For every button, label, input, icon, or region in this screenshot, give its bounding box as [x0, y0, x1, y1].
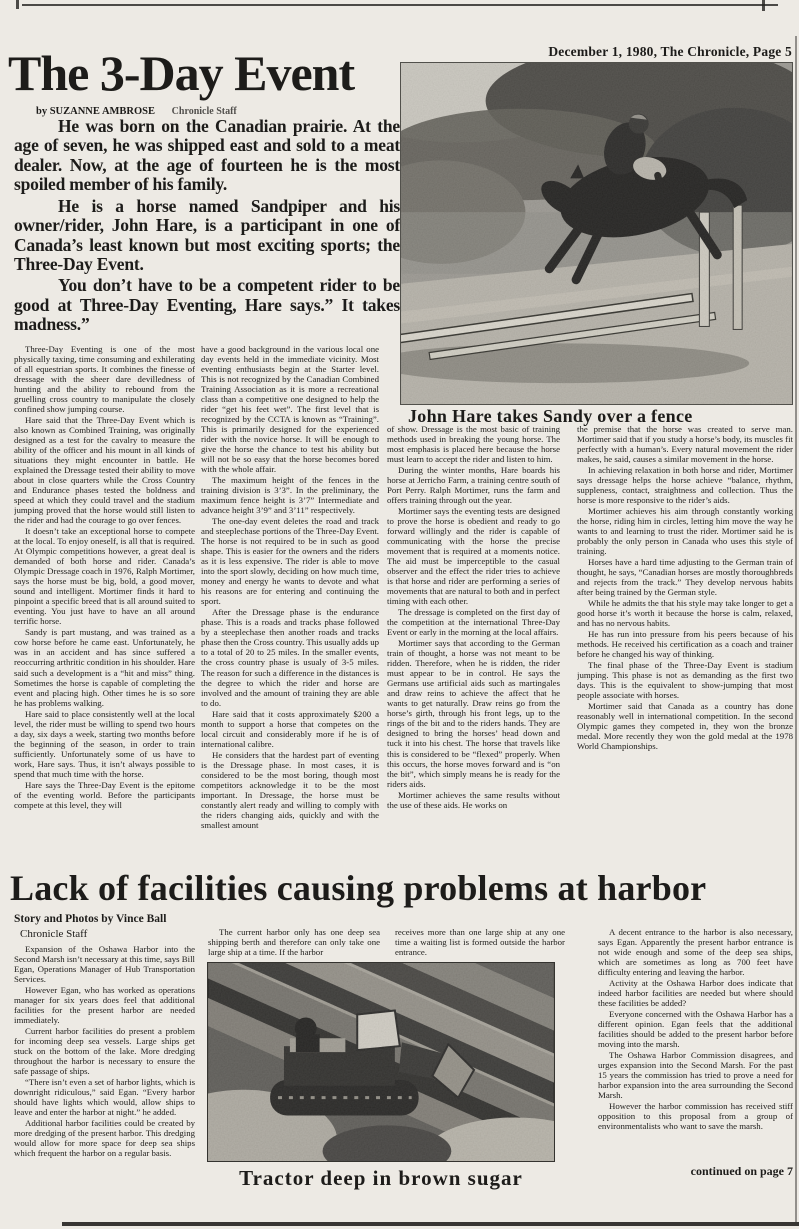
paragraph: During the winter months, Hare boards hi… [387, 465, 560, 505]
paragraph: Current harbor facilities do present a p… [14, 1026, 195, 1076]
article1-column-2: have a good background in the various lo… [201, 344, 379, 872]
paragraph: Mortimer said that Canada as a country h… [577, 701, 793, 751]
article1-column-3: of show. Dressage is the most basic of t… [387, 424, 560, 872]
article1-byline: by SUZANNE AMBROSE Chronicle Staff [36, 106, 237, 117]
article1-headline: The 3-Day Event [8, 48, 408, 98]
article2-column-3: receives more than one large ship at any… [395, 927, 565, 960]
article2-column-1: Expansion of the Oshawa Harbor into the … [14, 944, 195, 1176]
paragraph: Additional harbor facilities could be cr… [14, 1118, 195, 1158]
paragraph: Horses have a hard time adjusting to the… [577, 557, 793, 597]
paragraph: However Egan, who has worked as operatio… [14, 985, 195, 1025]
article2-byline: Story and Photos by Vince Ball [14, 913, 166, 925]
paragraph: Sandy is part mustang, and was trained a… [14, 627, 195, 707]
scan-edge-top [22, 4, 778, 6]
scan-tick-top-left [16, 0, 19, 9]
article1-column-1: Three-Day Eventing is one of the most ph… [14, 344, 195, 872]
article2-column-4: A decent entrance to the harbor is also … [598, 927, 793, 1169]
paragraph: The final phase of the Three-Day Event i… [577, 660, 793, 700]
scan-edge-bottom [62, 1222, 799, 1226]
paragraph: of show. Dressage is the most basic of t… [387, 424, 560, 464]
paragraph: He was born on the Canadian prairie. At … [14, 117, 400, 195]
paragraph: Mortimer says the eventing tests are des… [387, 506, 560, 606]
scan-tick-top-right [762, 0, 765, 11]
page-dateline: December 1, 1980, The Chronicle, Page 5 [500, 44, 792, 60]
newspaper-page: December 1, 1980, The Chronicle, Page 5 … [0, 0, 799, 1229]
paragraph: A decent entrance to the harbor is also … [598, 927, 793, 977]
paragraph: He has run into pressure from his peers … [577, 629, 793, 659]
article1-byline-org: Chronicle Staff [172, 106, 237, 117]
paragraph: “There isn’t even a set of harbor lights… [14, 1077, 195, 1117]
paragraph: After the Dressage phase is the enduranc… [201, 607, 379, 707]
paragraph: Mortimer achieves his aim through consta… [577, 506, 793, 556]
paragraph: While he admits the that his style may t… [577, 598, 793, 628]
paragraph: He considers that the hardest part of ev… [201, 750, 379, 830]
tractor-illustration [208, 963, 554, 1161]
paragraph: The Oshawa Harbor Commission disagrees, … [598, 1050, 793, 1100]
tractor-photo-caption: Tractor deep in brown sugar [207, 1166, 555, 1191]
article2-byline-org: Chronicle Staff [20, 928, 87, 940]
paragraph: You don’t have to be a competent rider t… [14, 276, 400, 334]
paragraph: Hare says the Three-Day Event is the epi… [14, 780, 195, 810]
paragraph: Hare said that the Three-Day Event which… [14, 415, 195, 525]
paragraph: It doesn’t take an exceptional horse to … [14, 526, 195, 626]
paragraph: Mortimer achieves the same results witho… [387, 790, 560, 810]
article1-intro: He was born on the Canadian prairie. At … [14, 117, 400, 343]
paragraph: However the harbor commission has receiv… [598, 1101, 793, 1131]
paragraph: Hare said to place consistently well at … [14, 709, 195, 779]
paragraph: The one-day event deletes the road and t… [201, 516, 379, 606]
paragraph: He is a horse named Sandpiper and his ow… [14, 197, 400, 275]
article2-column-2: The current harbor only has one deep sea… [208, 927, 380, 960]
paragraph: Everyone concerned with the Oshawa Harbo… [598, 1009, 793, 1049]
horse-jump-illustration [401, 63, 792, 404]
paragraph: receives more than one large ship at any… [395, 927, 565, 957]
paragraph: Hare said that it costs approximately $2… [201, 709, 379, 749]
paragraph: In achieving relaxation in both horse an… [577, 465, 793, 505]
article1-byline-author: by SUZANNE AMBROSE [36, 106, 155, 117]
paragraph: have a good background in the various lo… [201, 344, 379, 474]
scan-edge-right [795, 36, 797, 1222]
article1-column-4: the premise that the horse was created t… [577, 424, 793, 872]
paragraph: The current harbor only has one deep sea… [208, 927, 380, 957]
tractor-photo [207, 962, 555, 1162]
paragraph: Expansion of the Oshawa Harbor into the … [14, 944, 195, 984]
paragraph: Mortimer says that according to the Germ… [387, 638, 560, 788]
paragraph: Three-Day Eventing is one of the most ph… [14, 344, 195, 414]
paragraph: Activity at the Oshawa Harbor does indic… [598, 978, 793, 1008]
article2-headline: Lack of facilities causing problems at h… [10, 870, 796, 906]
paragraph: The dressage is completed on the first d… [387, 607, 560, 637]
horse-jump-photo [400, 62, 793, 405]
paragraph: the premise that the horse was created t… [577, 424, 793, 464]
paragraph: The maximum height of the fences in the … [201, 475, 379, 515]
continued-note: continued on page 7 [620, 1164, 793, 1179]
